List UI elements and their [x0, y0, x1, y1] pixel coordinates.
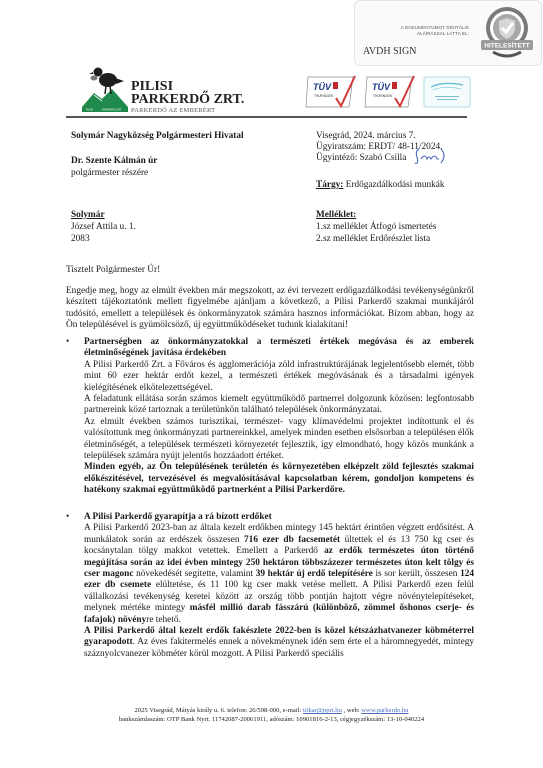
attachment-item: 2.sz melléklet Erdőrészlet lista	[316, 234, 430, 245]
bullet-icon: •	[66, 337, 69, 347]
section-paragraph: Az elmúlt években számos turisztikai, te…	[84, 417, 474, 463]
recipient-zip: 2083	[71, 234, 90, 245]
footer-web-link[interactable]: www.parkerdo.hu	[361, 707, 408, 714]
footer-address: 2025 Visegrád, Mátyás király u. 6. telef…	[135, 707, 304, 714]
body-text: . Az éves fakitermelés ennek a növekmény…	[84, 637, 474, 658]
environmental-certification-icon	[423, 73, 471, 111]
section-partnership: Partnerségben az önkormányzatokkal a ter…	[84, 337, 474, 497]
handwritten-signature-icon	[413, 145, 447, 167]
section-paragraph: A feladatunk ellátása során számos kieme…	[84, 394, 474, 417]
section-title: Partnerségben az önkormányzatokkal a ter…	[84, 337, 474, 360]
cert-brand: TÜV	[313, 82, 332, 92]
bullet-icon: •	[66, 512, 69, 522]
body-text: re tehető.	[146, 615, 181, 625]
digital-signature-stamp: A DOKUMENTUMOT DIGITÁLIS ALÁÍRÁSSAL LÁTT…	[354, 0, 542, 66]
stamp-caption-line: A DOKUMENTUMOT DIGITÁLIS	[401, 25, 469, 31]
badge-label: HITELESÍTETT	[484, 41, 530, 50]
place-date: Visegrád, 2024. március 7.	[316, 131, 416, 142]
avdh-sign-label: AVDH SIGN	[363, 46, 416, 57]
attachment-item: 1.sz melléklet Átfogó ismertetés	[316, 222, 436, 233]
section-paragraph-emphasis: Minden egyéb, az Ön településének terüle…	[84, 462, 474, 496]
section-paragraph: A Pilisi Parkerdő által kezelt erdők fak…	[84, 626, 474, 660]
header-divider	[66, 116, 467, 118]
company-slogan: PARKERDŐ AZ EMBERÉRT	[131, 107, 215, 114]
stamp-caption-line: ALÁÍRÁSSAL LÁTTA EL:	[401, 31, 469, 37]
subject-value: Erdőgazdálkodási munkák	[343, 180, 444, 190]
salutation: Tisztelt Polgármester Úr!	[66, 265, 160, 276]
pilisi-parkerdo-logo-icon: PILISI PARKERDŐ ZRT.	[80, 63, 130, 113]
recipient-role: polgármester részére	[71, 168, 148, 179]
footer-address-line: 2025 Visegrád, Mátyás király u. 6. telef…	[0, 706, 543, 715]
footer-web-label: , web:	[342, 707, 361, 714]
body-text: növekedését segítette, valamint	[133, 569, 255, 579]
tuv-certification-icon: TÜV THÜRINGEN	[364, 73, 416, 111]
case-handler: Ügyintéző: Szabó Csilla	[316, 153, 406, 164]
tuv-certification-icon: TÜV THÜRINGEN	[305, 73, 357, 111]
section-title: A Pilisi Parkerdő gyarapítja a rá bízott…	[84, 512, 474, 523]
body-text: is sor került, összesen	[373, 569, 460, 579]
emphasis-text: 716 ezer db facsemetét	[244, 535, 340, 545]
cert-sub: THÜRINGEN	[373, 94, 393, 98]
footer-email-link[interactable]: titkar@pprt.hu	[303, 707, 342, 714]
company-name-line2: PARKERDŐ ZRT.	[131, 93, 244, 106]
intro-paragraph: Engedje meg, hogy az elmúlt években már …	[66, 286, 474, 332]
section-forest-growth: A Pilisi Parkerdő gyarapítja a rá bízott…	[84, 512, 474, 660]
stamp-caption: A DOKUMENTUMOT DIGITÁLIS ALÁÍRÁSSAL LÁTT…	[401, 25, 469, 36]
section-paragraph: A Pilisi Parkerdő 2023-ban az általa kez…	[84, 523, 474, 626]
emphasis-text: 39 hektár új erdő telepítésére	[256, 569, 373, 579]
section-paragraph: A Pilisi Parkerdő Zrt. a Főváros és aggl…	[84, 360, 474, 394]
attachments-label: Melléklet:	[316, 210, 356, 221]
logo-label-right: PARKERDŐ ZRT.	[102, 109, 122, 112]
recipient-person: Dr. Szente Kálmán úr	[71, 156, 157, 167]
subject-line: Tárgy: Erdőgazdálkodási munkák	[316, 180, 445, 191]
logo-label-left: PILISI	[86, 109, 93, 112]
company-name: PILISI PARKERDŐ ZRT.	[131, 80, 244, 106]
footer-bank-line: bankszámlaszám: OTP Bank Nyrt. 11742087-…	[0, 715, 543, 724]
subject-label: Tárgy:	[316, 180, 343, 190]
recipient-street: József Attila u. 1.	[71, 222, 136, 233]
cert-brand: TÜV	[372, 82, 391, 92]
verified-seal-icon: HITELESÍTETT	[481, 4, 533, 62]
footer: 2025 Visegrád, Mátyás király u. 6. telef…	[0, 706, 543, 724]
cert-sub: THÜRINGEN	[314, 94, 334, 98]
recipient-city: Solymár	[71, 210, 105, 221]
recipient-office: Solymár Nagyközség Polgármesteri Hivatal	[71, 131, 244, 142]
